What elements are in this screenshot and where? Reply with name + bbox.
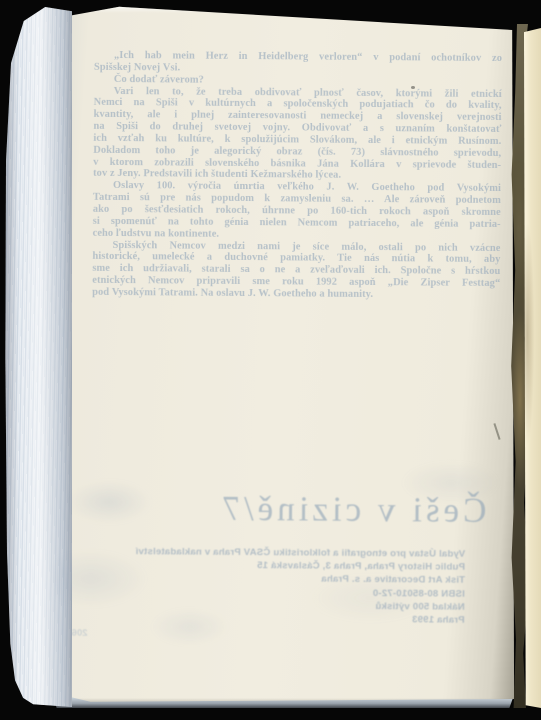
facing-page-edge	[524, 28, 541, 708]
bleedthrough-mottle	[55, 430, 505, 670]
dust-speck	[411, 86, 415, 89]
